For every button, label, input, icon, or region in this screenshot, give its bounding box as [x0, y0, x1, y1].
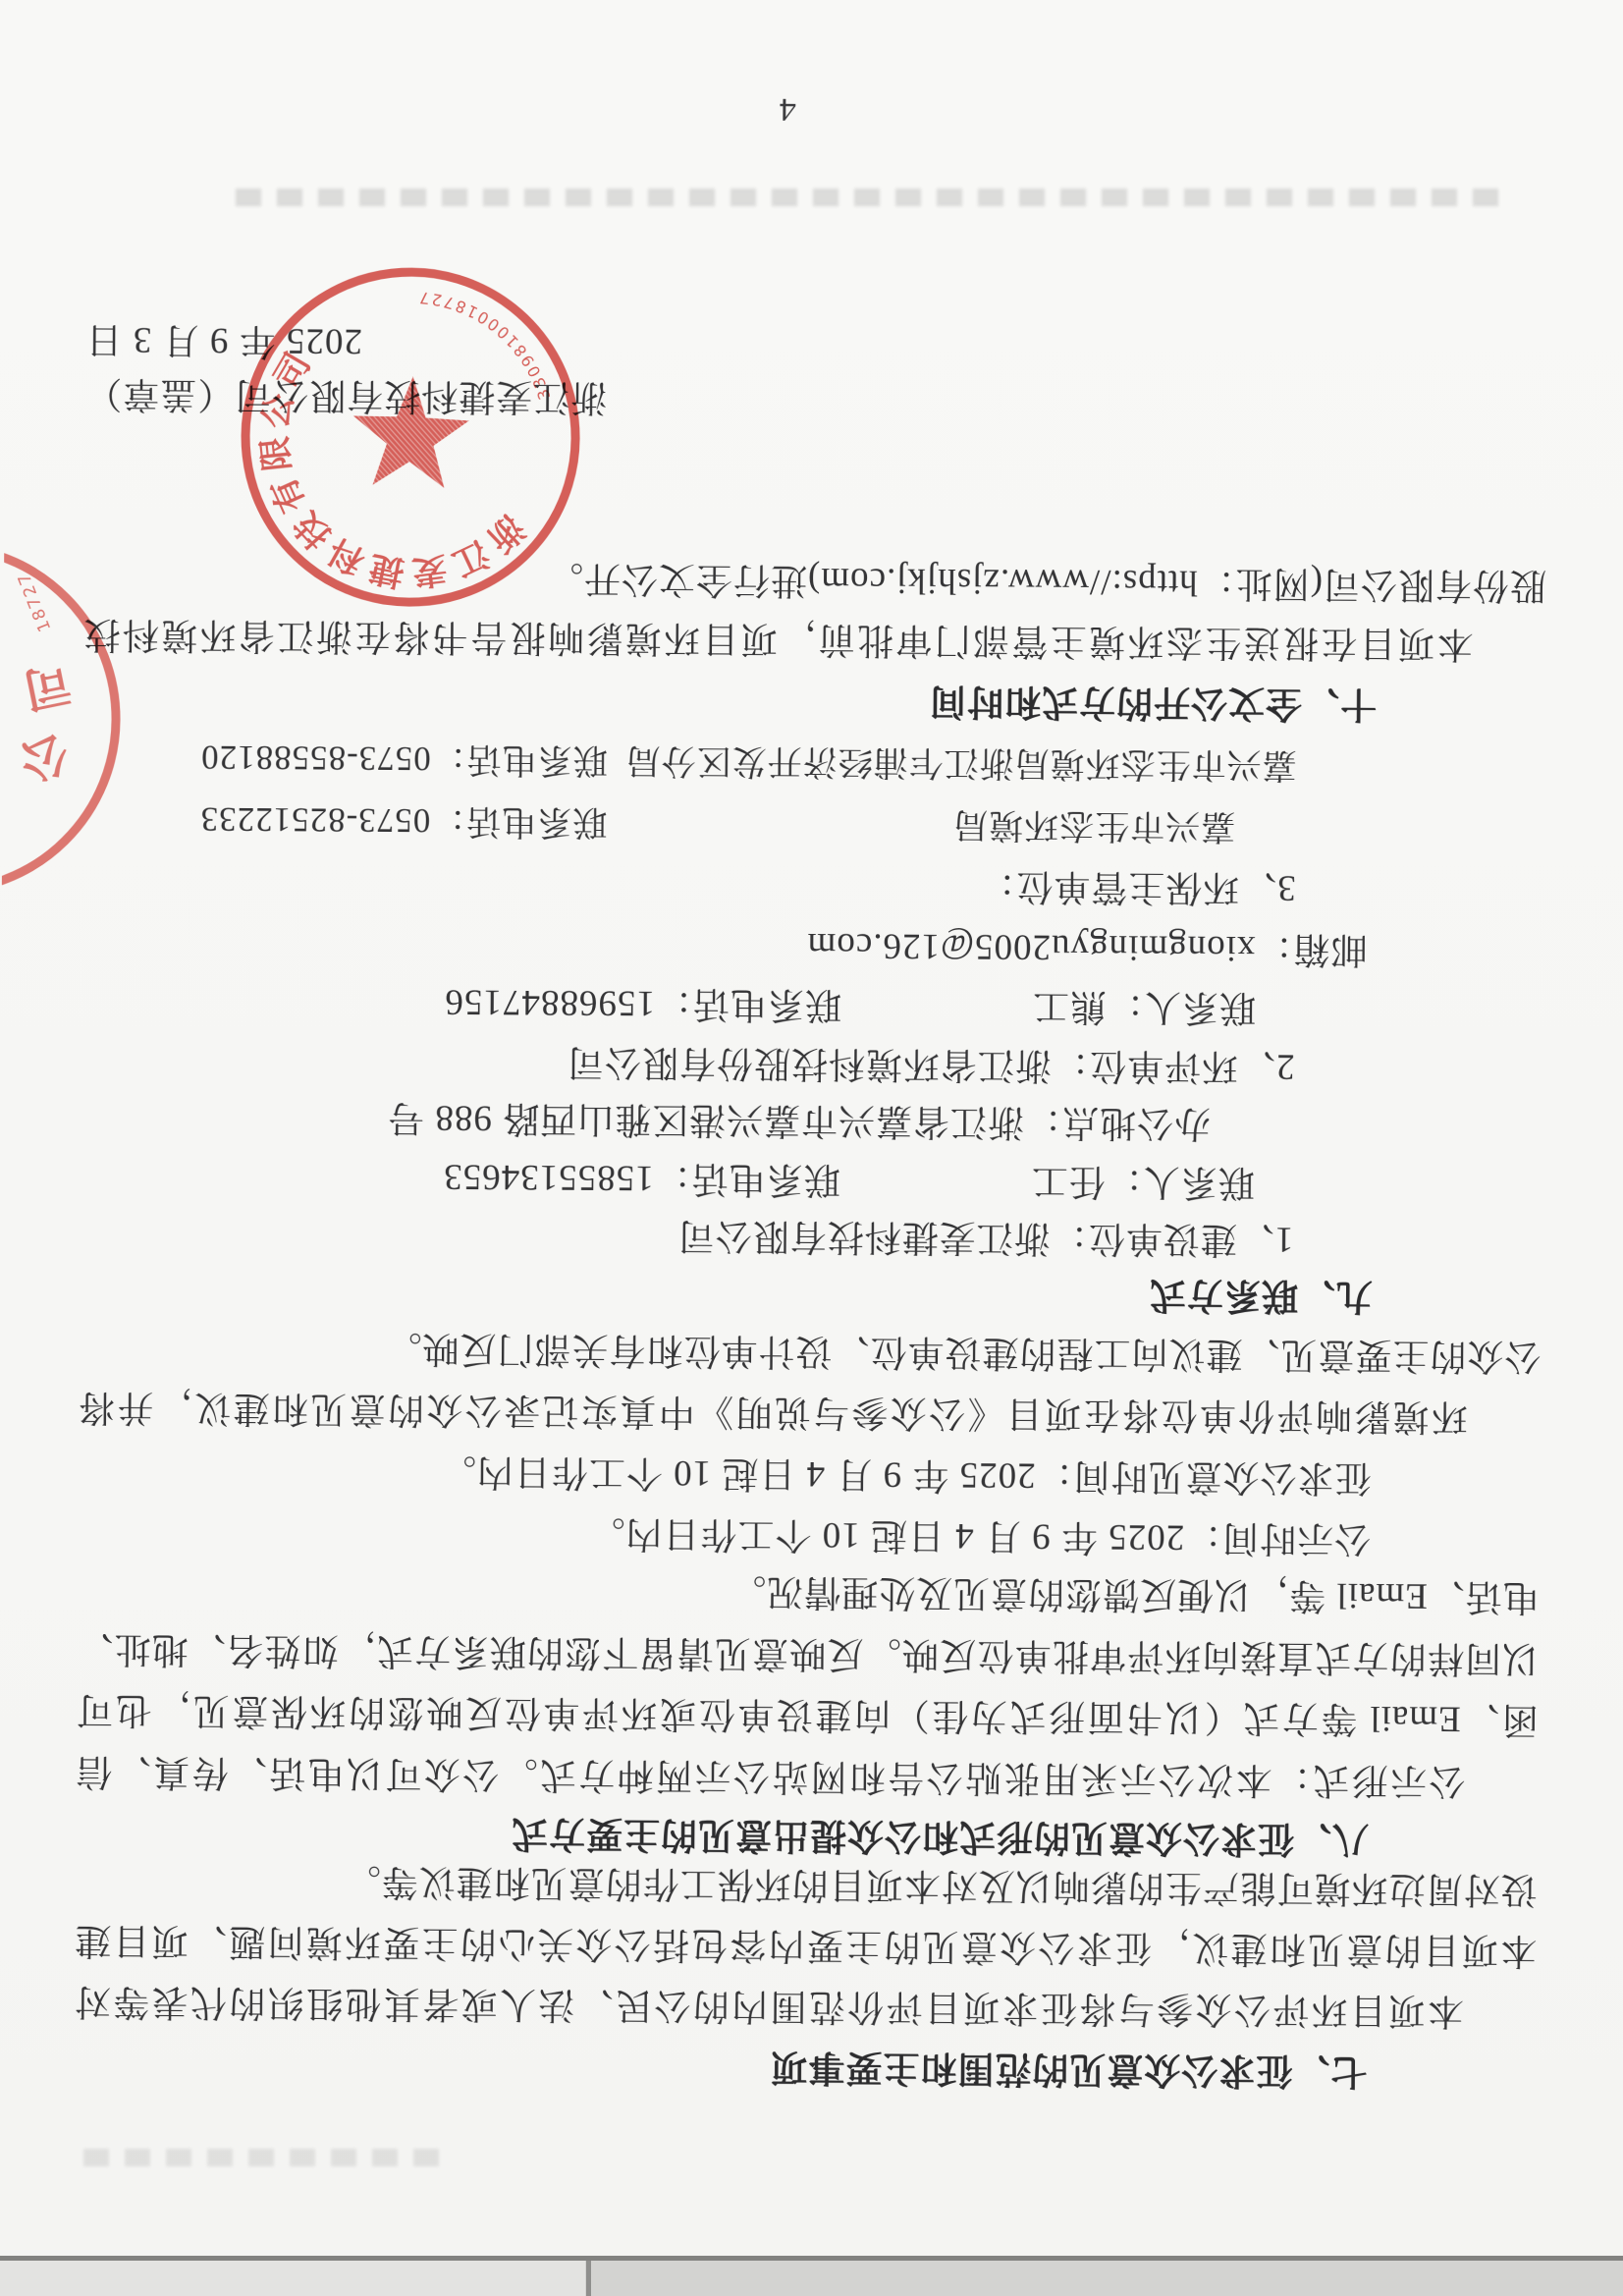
section-7-line: 本项目的意见和建议，征求公众意见的主要内容包括公众关心的主要环境问题、项目建 — [74, 1909, 1537, 1980]
record-line: 公众的主要意见、建议向工程的建设单位、设计单位和有关部门反映。 — [78, 1315, 1541, 1386]
contact-phone: 联系电话：15855134653 — [443, 1145, 840, 1209]
section-8-line: 以同样的方式直接向环评审批单位反映。反映意见请留下您的联系方式，如姓名、地址、 — [76, 1617, 1539, 1688]
solicit-time-line: 征求公众意见时间：2025 年 9 月 4 日起 10 个工作日内。 — [0, 1437, 1541, 1509]
notice-time-line: 公示时间：2025 年 9 月 4 日起 10 个工作日内。 — [0, 1498, 1540, 1570]
section-7-line: 本项目环评公众参与将征求项目评价范围内的公民、法人或者其他组织的代表等对 — [74, 1970, 1537, 2041]
page-number: 4 — [758, 79, 817, 139]
scanner-edge-strip-light — [0, 2261, 585, 2296]
ink-bleed-mark — [83, 2149, 442, 2166]
seal-star-icon — [327, 362, 486, 520]
section-8-line: 公示形式：本次公示采用张贴公告和网站公示两种方式。公众可以电话、传真、信 — [75, 1740, 1538, 1811]
edge-seal-char-top: 公 — [14, 725, 75, 789]
bureau-name: 嘉兴市生态环境局 — [952, 793, 1544, 858]
email-line: 邮箱：xiongmingyu2005@126.com — [0, 908, 1544, 981]
contact-person: 联系人：熊工 — [1032, 975, 1543, 1040]
company-seal: 浙江麦捷科技有限公司 33098100018727 — [223, 249, 599, 626]
contact-phone: 联系电话：15968847156 — [444, 970, 841, 1034]
bureau-line: 嘉兴市生态环境局 联系电话：0573-82512233 — [81, 788, 1544, 858]
contact-person: 联系人：任工 — [1031, 1150, 1542, 1215]
edge-seal-char-bottom: 司 — [19, 655, 76, 716]
record-line: 环境影响评价单位将在项目《公众参与说明》中真实记录公众的意见和建议，并将 — [78, 1376, 1541, 1447]
section-7-heading: 七、征求公众意见的范围和主要事项 — [0, 2030, 1537, 2103]
ink-bleed-mark — [236, 189, 1502, 206]
bureau-name: 嘉兴市生态环境局浙江乍浦经济开发区分局 — [625, 730, 1545, 797]
section-10-heading: 十、全文公开的方式和时间 — [0, 663, 1545, 736]
bureau-phone: 联系电话：0573-82512233 — [199, 789, 607, 852]
bureau-line: 嘉兴市生态环境局浙江乍浦经济开发区分局 联系电话：0573-85588120 — [82, 726, 1545, 796]
document-sheet: 七、征求公众意见的范围和主要事项 本项目环评公众参与将征求项目评价范围内的公民、… — [0, 0, 1623, 2296]
scanned-page: 七、征求公众意见的范围和主要事项 本项目环评公众参与将征求项目评价范围内的公民、… — [0, 0, 1623, 2296]
bureau-phone: 联系电话：0573-85588120 — [200, 727, 608, 791]
eia-contact-line: 联系人：熊工 联系电话：15968847156 — [81, 968, 1543, 1039]
scanner-edge-tick — [586, 2261, 591, 2296]
edge-seal: 公 司 18727 — [2, 552, 161, 887]
section-8-line: 函、Email 等方式（以书面形式为佳）向建设单位或环评单位反映您的环保意见，也… — [76, 1678, 1539, 1749]
edge-seal-ring — [2, 552, 117, 887]
authority-item: 3、环保主管单位： — [0, 847, 1544, 919]
